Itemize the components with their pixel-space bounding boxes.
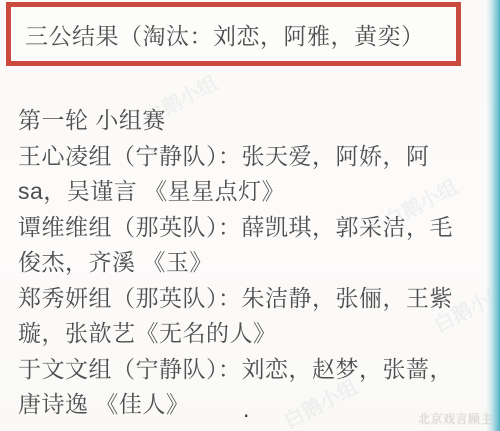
elimination-result-text: 三公结果（淘汰：刘恋，阿雅，黄奕）	[11, 18, 425, 51]
elimination-result-highlight-box: 三公结果（淘汰：刘恋，阿雅，黄奕）	[6, 2, 461, 66]
corner-watermark: 北京戏言顾主	[418, 410, 493, 427]
screenshot-page: 白鹅小组 白鹅小组 白鹅小组 白鹅小组 三公结果（淘汰：刘恋，阿雅，黄奕） 第一…	[0, 0, 500, 431]
group-line-zhengxiuyan: 郑秀妍组（那英队）：朱洁静，张俪，王紫璇，张歆艺《无名的人》	[18, 281, 474, 352]
group-line-wangxinling: 王心凌组（宁静队）：张天爱，阿娇，阿sa，吴谨言 《星星点灯》	[18, 139, 474, 210]
round-results-text: 第一轮 小组赛 王心凌组（宁静队）：张天爱，阿娇，阿sa，吴谨言 《星星点灯》 …	[18, 103, 474, 423]
stray-dot: .	[243, 398, 249, 421]
video-edge-stripe	[486, 0, 500, 431]
round-title: 第一轮 小组赛	[18, 103, 474, 139]
group-line-tanweiwei: 谭维维组（那英队）：薛凯琪，郭采洁，毛俊杰，齐溪 《玉》	[18, 210, 474, 281]
